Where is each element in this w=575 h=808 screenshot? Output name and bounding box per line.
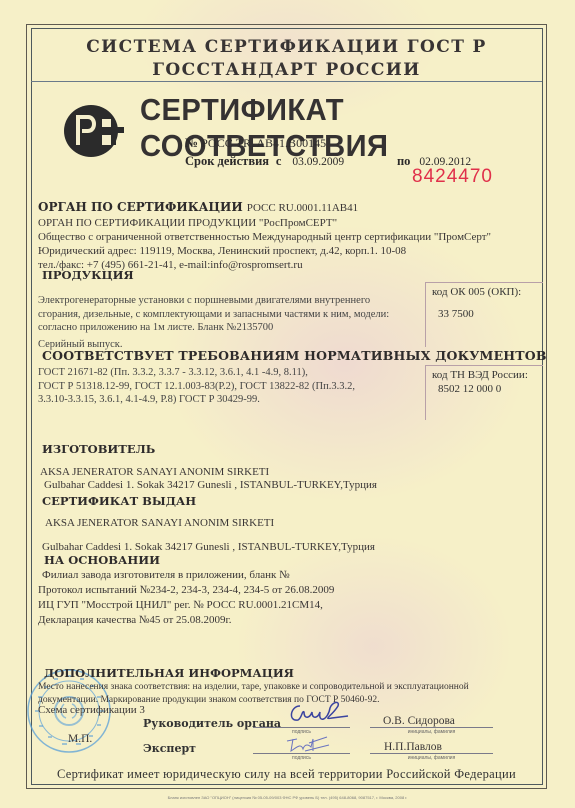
tnved-value: 8502 12 000 0 bbox=[432, 383, 537, 395]
issued-to-name: AKSA JENERATOR SANAYI ANONIM SIRKETI bbox=[45, 516, 274, 530]
head-name-caption: инициалы, фамилия bbox=[370, 729, 493, 735]
product-description: Электрогенераторные установки с поршневы… bbox=[38, 294, 408, 335]
compliance-line: ГОСТ 21671-82 (Пп. 3.3.2, 3.3.7 - 3.3.12… bbox=[38, 366, 418, 380]
rst-logo-icon bbox=[64, 105, 124, 157]
validity-label: Срок действия bbox=[185, 154, 269, 168]
product-line: сгорания, дизельные, с комплектующами и … bbox=[38, 308, 408, 322]
system-title-line1: СИСТЕМА СЕРТИФИКАЦИИ ГОСТ Р bbox=[31, 36, 542, 59]
okp-label: код ОК 005 (ОКП): bbox=[432, 286, 537, 298]
certification-body-line: Общество с ограниченной ответственностью… bbox=[38, 230, 538, 244]
certification-body-line: Юридический адрес: 119119, Москва, Ленин… bbox=[38, 244, 538, 258]
head-name: О.В. Сидорова bbox=[383, 714, 455, 728]
expert-signature-icon bbox=[283, 733, 333, 755]
basis-list: Филиал завода изготовителя в приложении,… bbox=[42, 568, 334, 628]
system-title-line2: ГОССТАНДАРТ РОССИИ bbox=[31, 59, 542, 82]
certification-body-heading: ОРГАН ПО СЕРТИФИКАЦИИ bbox=[38, 200, 243, 214]
certification-body-line: ОРГАН ПО СЕРТИФИКАЦИИ ПРОДУКЦИИ "РосПром… bbox=[38, 216, 538, 230]
compliance-documents: ГОСТ 21671-82 (Пп. 3.3.2, 3.3.7 - 3.3.12… bbox=[38, 366, 418, 407]
compliance-line: 3.3.10-3.3.15, 3.6.1, 4.1-4.9, Р.8) ГОСТ… bbox=[38, 393, 418, 407]
expert-name-caption: инициалы, фамилия bbox=[370, 755, 493, 761]
compliance-heading: СООТВЕТСТВУЕТ ТРЕБОВАНИЯМ НОРМАТИВНЫХ ДО… bbox=[42, 348, 547, 363]
certification-scheme: Схема сертификации 3 bbox=[38, 703, 145, 717]
issued-to-heading: СЕРТИФИКАТ ВЫДАН bbox=[42, 494, 196, 508]
basis-line: Филиал завода изготовителя в приложении,… bbox=[42, 568, 334, 583]
expert-label: Эксперт bbox=[143, 742, 196, 755]
product-line: Электрогенераторные установки с поршневы… bbox=[38, 294, 408, 308]
basis-heading: НА ОСНОВАНИИ bbox=[44, 553, 160, 567]
compliance-line: ГОСТ Р 51318.12-99, ГОСТ 12.1.003-83(Р.2… bbox=[38, 380, 418, 394]
tnved-label: код ТН ВЭД России: bbox=[432, 369, 537, 381]
additional-info-heading: ДОПОЛНИТЕЛЬНАЯ ИНФОРМАЦИЯ bbox=[44, 666, 294, 680]
tnved-code-box: код ТН ВЭД России: 8502 12 000 0 bbox=[425, 365, 543, 420]
certificate-number: № РОСС TR. AB41.B00145 bbox=[185, 135, 326, 151]
certification-system-header: СИСТЕМА СЕРТИФИКАЦИИ ГОСТ Р ГОССТАНДАРТ … bbox=[31, 36, 542, 82]
serial-number: 8424470 bbox=[412, 166, 493, 188]
blank-printer-note: Бланк изготовлен ЗАО "ОПЦИОН" (лицензия … bbox=[0, 795, 575, 800]
basis-line: Декларация качества №45 от 25.08.2009г. bbox=[38, 613, 334, 628]
head-signature-icon bbox=[282, 698, 352, 728]
additional-info-line: Место нанесения знака соответствия: на и… bbox=[38, 681, 469, 694]
basis-line: ИЦ ГУП "Мосстрой ЦНИЛ" рег. № РОСС RU.00… bbox=[38, 598, 334, 613]
manufacturer-name: AKSA JENERATOR SANAYI ANONIM SIRKETI bbox=[40, 465, 269, 479]
legal-validity-statement: Сертификат имеет юридическую силу на все… bbox=[31, 767, 542, 782]
expert-name: Н.П.Павлов bbox=[384, 740, 442, 754]
certification-body-code: РОСС RU.0001.11AB41 bbox=[247, 202, 358, 214]
okp-value: 33 7500 bbox=[432, 308, 537, 320]
product-heading: ПРОДУКЦИЯ bbox=[42, 268, 134, 282]
expert-signature-caption: подпись bbox=[253, 755, 350, 761]
basis-line: Протокол испытаний №234-2, 234-3, 234-4,… bbox=[38, 583, 334, 598]
stamp-label: М.П. bbox=[68, 732, 92, 746]
certification-body-section: ОРГАН ПО СЕРТИФИКАЦИИ РОСС RU.0001.11AB4… bbox=[38, 198, 538, 272]
manufacturer-heading: ИЗГОТОВИТЕЛЬ bbox=[42, 442, 155, 456]
manufacturer-address: Gulbahar Caddesi 1. Sokak 34217 Gunesli … bbox=[44, 478, 377, 492]
valid-from: 03.09.2009 bbox=[292, 156, 344, 168]
issued-to-address: Gulbahar Caddesi 1. Sokak 34217 Gunesli … bbox=[42, 540, 375, 554]
okp-code-box: код ОК 005 (ОКП): 33 7500 bbox=[425, 282, 543, 347]
number-value: РОСС TR. AB41.B00145 bbox=[201, 136, 326, 150]
to-label: по bbox=[397, 154, 410, 168]
from-label: с bbox=[276, 154, 282, 168]
product-line: согласно приложению на 1м листе. Бланк №… bbox=[38, 321, 408, 335]
number-label: № bbox=[185, 135, 198, 150]
